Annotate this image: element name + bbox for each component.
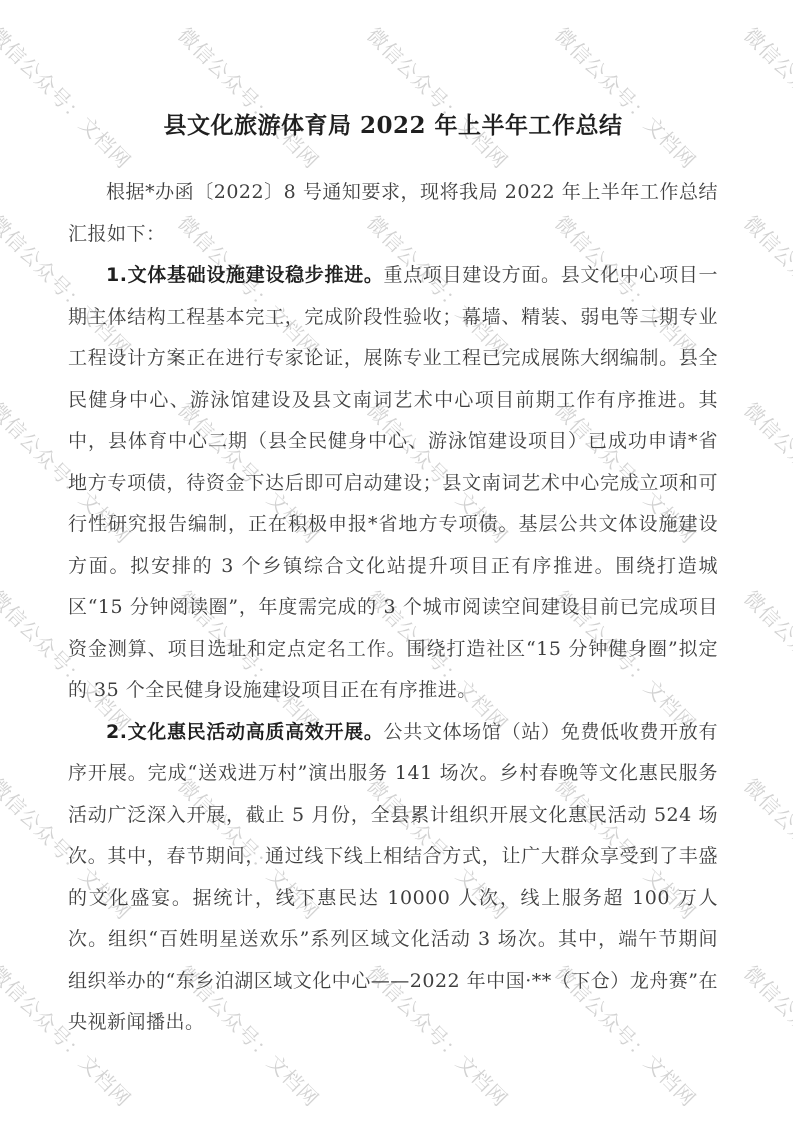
watermark-text: 微信公众号：文档网: [738, 20, 793, 174]
paragraph-lead: 1.文体基础设施建设稳步推进。: [106, 264, 384, 286]
watermark-text: 微信公众号：文档网: [738, 958, 793, 1112]
watermark-text: 微信公众号：文档网: [738, 583, 793, 737]
paragraph: 根据*办函〔2022〕8 号通知要求，现将我局 2022 年上半年工作总结汇报如…: [68, 172, 718, 255]
paragraph-text: 根据*办函〔2022〕8 号通知要求，现将我局 2022 年上半年工作总结汇报如…: [68, 181, 718, 245]
document-page: 微信公众号：文档网微信公众号：文档网微信公众号：文档网微信公众号：文档网微信公众…: [0, 0, 793, 1122]
document-title: 县文化旅游体育局 2022 年上半年工作总结: [68, 110, 718, 142]
paragraph-lead: 2.文化惠民活动高质高效开展。: [106, 721, 384, 743]
watermark-text: 微信公众号：文档网: [738, 395, 793, 549]
paragraph-text: 公共文体场馆（站）免费低收费开放有序开展。完成“送戏进万村”演出服务 141 场…: [68, 721, 718, 1034]
watermark-text: 微信公众号：文档网: [738, 208, 793, 362]
document-content: 县文化旅游体育局 2022 年上半年工作总结 根据*办函〔2022〕8 号通知要…: [68, 110, 718, 1044]
paragraph-text: 重点项目建设方面。县文化中心项目一期主体结构工程基本完工，完成阶段性验收；幕墙、…: [68, 264, 718, 701]
paragraph: 1.文体基础设施建设稳步推进。重点项目建设方面。县文化中心项目一期主体结构工程基…: [68, 255, 718, 712]
watermark-text: 微信公众号：文档网: [738, 771, 793, 925]
paragraph: 2.文化惠民活动高质高效开展。公共文体场馆（站）免费低收费开放有序开展。完成“送…: [68, 712, 718, 1044]
